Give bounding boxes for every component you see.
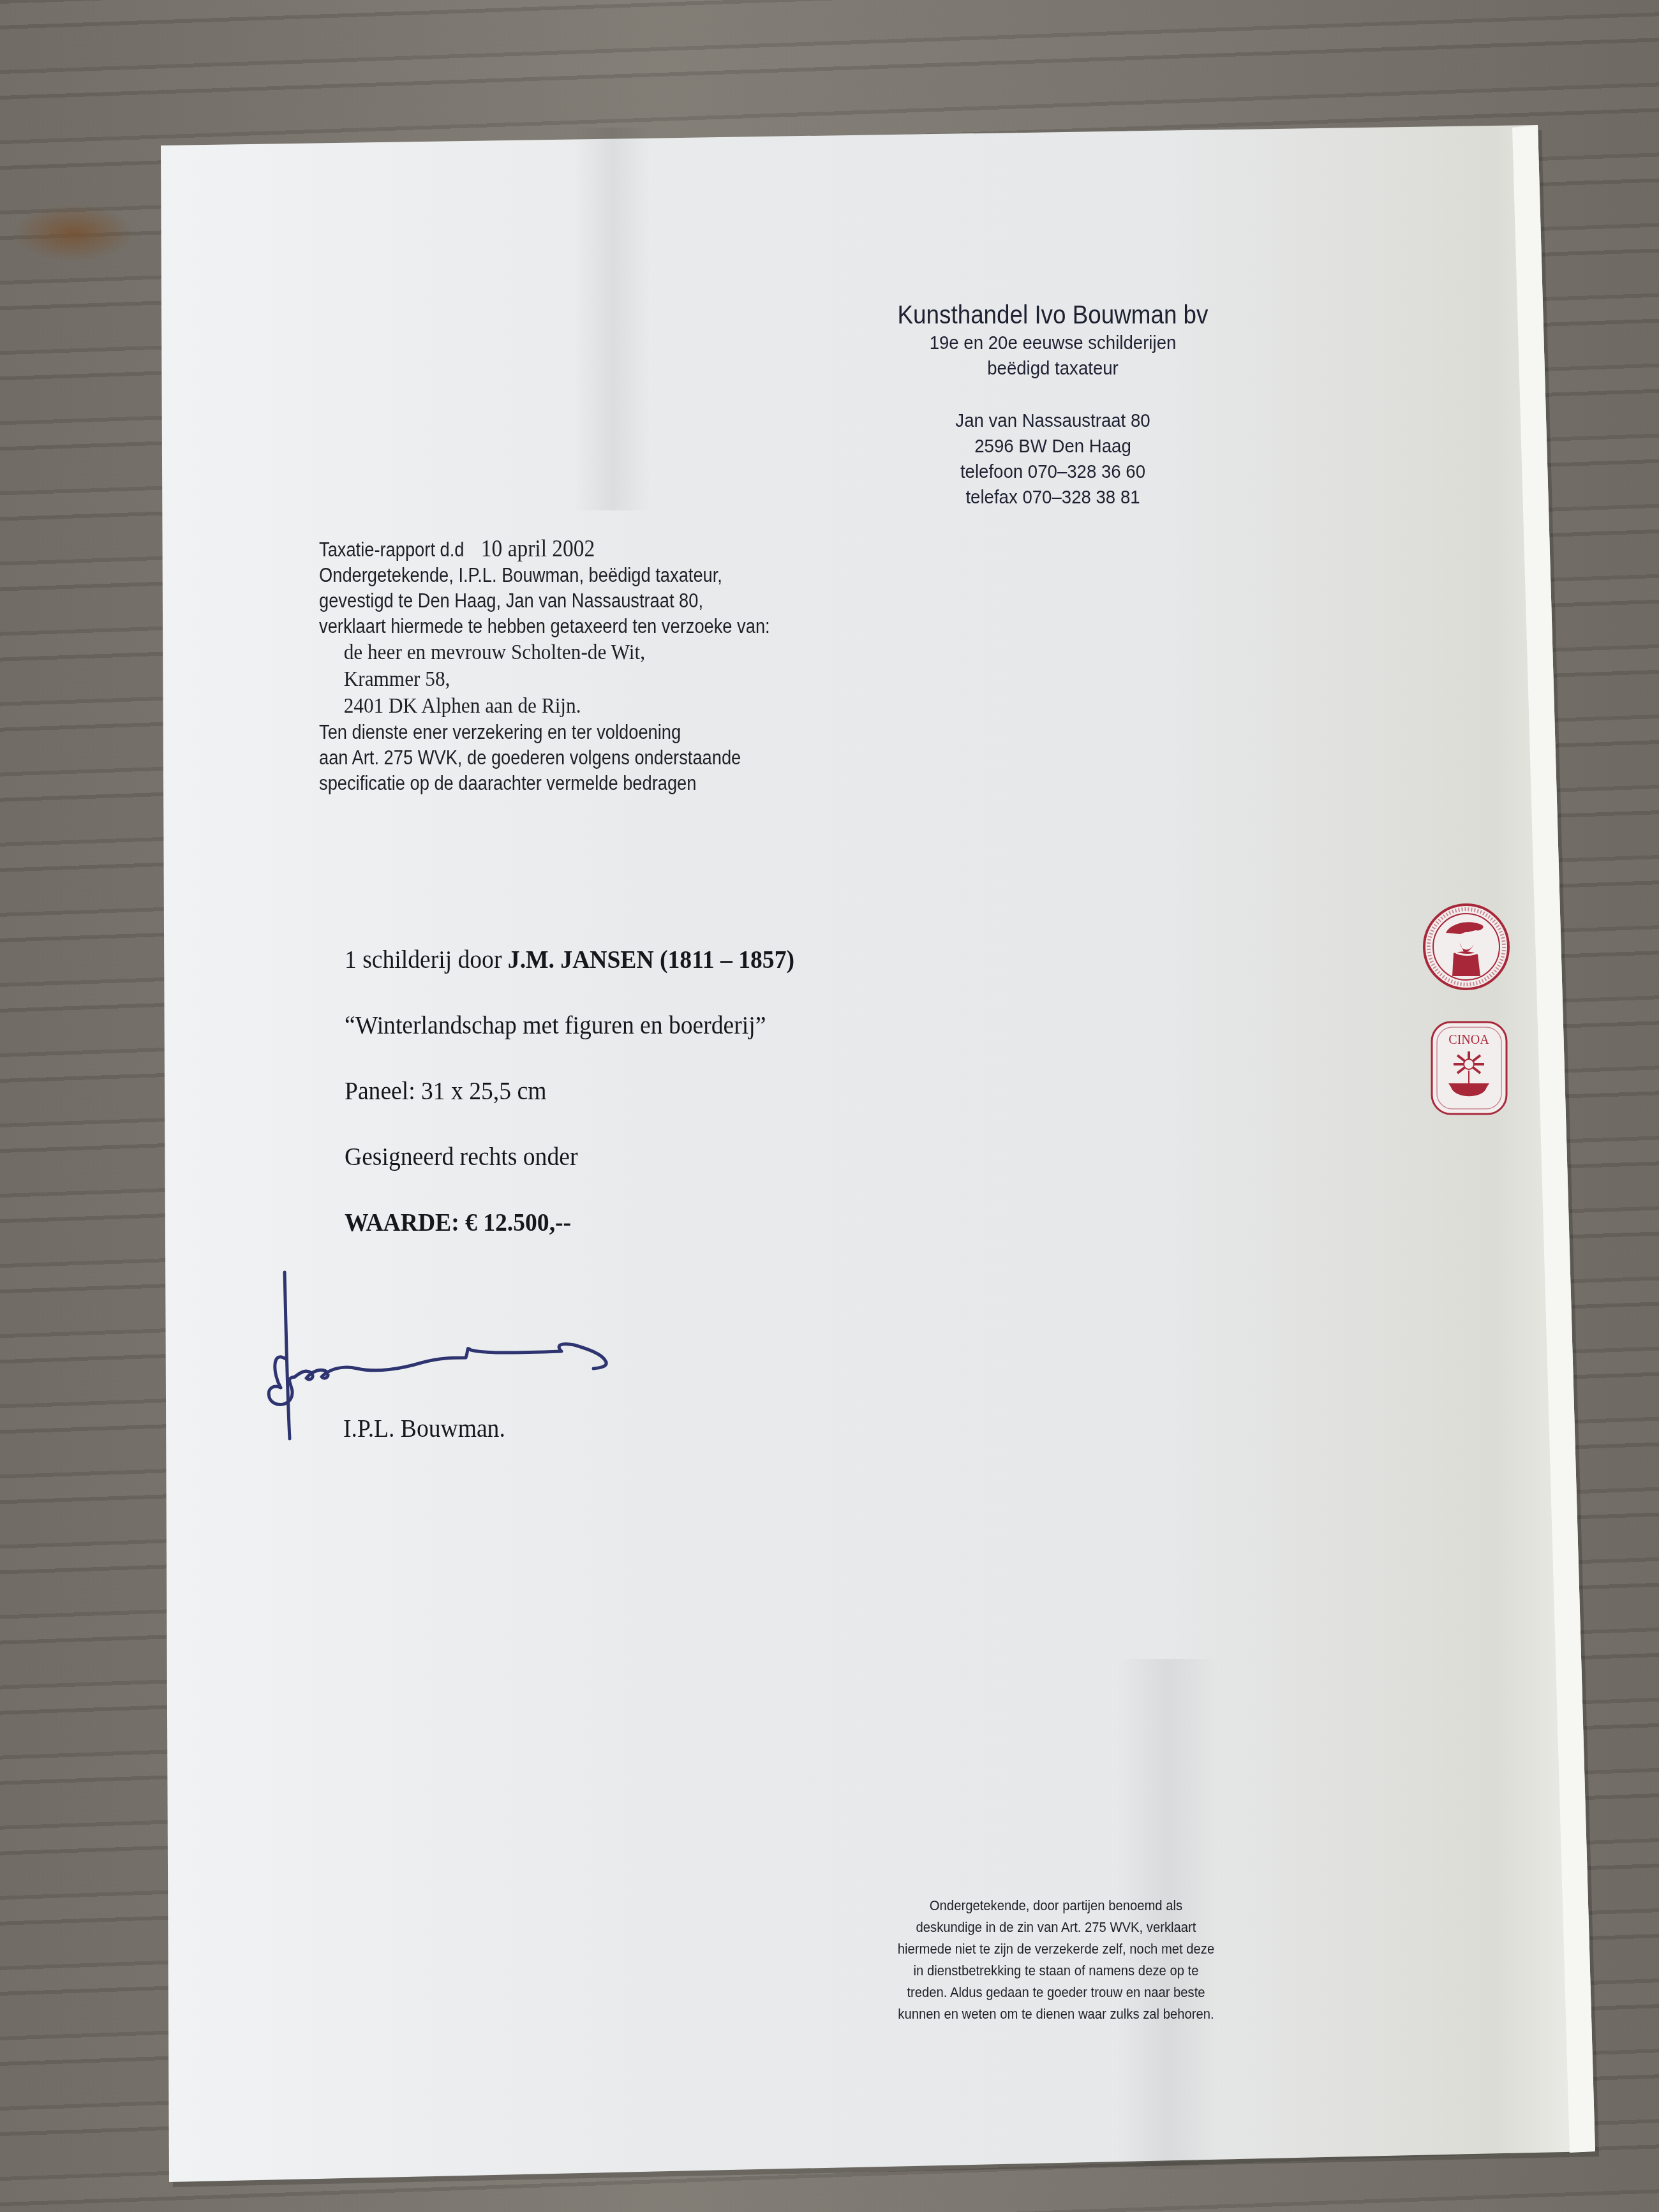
report-heading-label: Taxatie-rapport d.d	[319, 538, 464, 561]
cinoa-seal-icon: CINOA	[1429, 1020, 1509, 1117]
intro-line: gevestigd te Den Haag, Jan van Nassaustr…	[319, 588, 770, 614]
phone-number: telefoon 070–328 36 60	[847, 459, 1258, 485]
street-address: Jan van Nassaustraat 80	[847, 408, 1258, 434]
signatory-name: I.P.L. Bouwman.	[343, 1413, 505, 1443]
footer-line: Ondergetekende, door partijen benoemd al…	[870, 1895, 1243, 1917]
client-city: 2401 DK Alphen aan de Rijn.	[319, 693, 791, 720]
item-description: 1 schilderij door J.M. JANSEN (1811 – 18…	[345, 944, 794, 1010]
report-heading: Taxatie-rapport d.d10 april 2002	[319, 536, 770, 563]
tagline: 19e en 20e eeuwse schilderijen	[847, 330, 1258, 356]
signature-note: Gesigneerd rechts onder	[345, 1141, 794, 1207]
letterhead: Kunsthandel Ivo Bouwman bv 19e en 20e ee…	[829, 300, 1276, 510]
purpose-line: specificatie op de daarachter vermelde b…	[319, 771, 770, 796]
fax-number: telefax 070–328 38 81	[847, 485, 1258, 510]
medium-size: Paneel: 31 x 25,5 cm	[345, 1076, 794, 1141]
report-date: 10 april 2002	[481, 535, 595, 562]
item-prefix: 1 schilderij door	[345, 945, 508, 974]
appraisal-specification: 1 schilderij door J.M. JANSEN (1811 – 18…	[345, 944, 823, 1273]
footer-line: in dienstbetrekking te staan of namens d…	[870, 1960, 1243, 1982]
purpose-line: aan Art. 275 WVK, de goederen volgens on…	[319, 745, 770, 771]
painting-title: “Winterlandschap met figuren en boerderi…	[345, 1010, 794, 1076]
footer-line: treden. Aldus gedaan te goeder trouw en …	[870, 1982, 1243, 2003]
client-street: Krammer 58,	[319, 666, 791, 693]
purpose-line: Ten dienste ener verzekering en ter vold…	[319, 720, 770, 745]
client-name: de heer en mevrouw Scholten-de Wit,	[319, 639, 791, 666]
footer-line: kunnen en weten om te dienen waar zulks …	[870, 2003, 1243, 2025]
intro-line: verklaart hiermede te hebben getaxeerd t…	[319, 614, 770, 639]
report-intro: Taxatie-rapport d.d10 april 2002 Onderge…	[319, 536, 831, 796]
artist-name: J.M. JANSEN (1811 – 1857)	[508, 945, 794, 974]
cinoa-label: CINOA	[1448, 1033, 1489, 1047]
firm-title: beëdigd taxateur	[847, 356, 1258, 382]
footer-line: deskundige in de zin van Art. 275 WVK, v…	[870, 1917, 1243, 1938]
declaration-footer: Ondergetekende, door partijen benoemd al…	[849, 1895, 1263, 2025]
firm-name: Kunsthandel Ivo Bouwman bv	[847, 300, 1258, 330]
intro-line: Ondergetekende, I.P.L. Bouwman, beëdigd …	[319, 563, 770, 588]
postcode-city: 2596 BW Den Haag	[847, 434, 1258, 459]
portrait-medallion-seal-icon	[1422, 901, 1511, 993]
footer-line: hiermede niet te zijn de verzekerde zelf…	[870, 1938, 1243, 1960]
